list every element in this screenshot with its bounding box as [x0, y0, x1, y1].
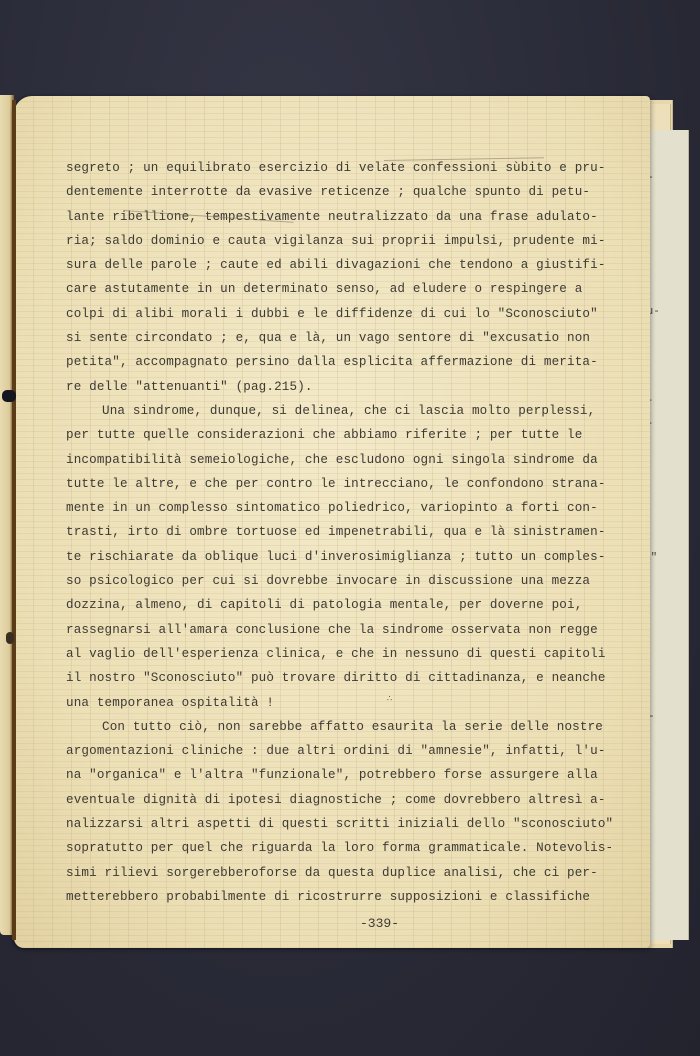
- binding-spine: [12, 100, 16, 940]
- text-line: sura delle parole ; caute ed abili divag…: [66, 253, 636, 277]
- text-line: nalizzarsi altri aspetti di questi scrit…: [66, 812, 636, 836]
- typewritten-text: segreto ; un equilibrato esercizio di ve…: [66, 156, 636, 909]
- binding-hole: [6, 632, 14, 644]
- text-line: mente in un complesso sintomatico polied…: [66, 496, 636, 520]
- text-line: metterebbero probabilmente di ricostrurr…: [66, 885, 636, 909]
- text-line: na "organica" e l'altra "funzionale", po…: [66, 763, 636, 787]
- text-line: re delle "attenuanti" (pag.215).: [66, 375, 636, 399]
- paragraph-start-line: Una sindrome, dunque, si delinea, che ci…: [66, 399, 636, 423]
- handwritten-dots-mark: ∴: [387, 694, 392, 703]
- text-line: trasti, irto di ombre tortuose ed impene…: [66, 520, 636, 544]
- scanned-document-scene: ia- o a- iu- è b- a- a" - segreto ; un e…: [0, 0, 700, 1056]
- text-line: al vaglio dell'esperienza clinica, e che…: [66, 642, 636, 666]
- text-line: segreto ; un equilibrato esercizio di ve…: [66, 156, 636, 180]
- paragraph-start-line: Con tutto ciò, non sarebbe affatto esaur…: [66, 715, 636, 739]
- manuscript-page: segreto ; un equilibrato esercizio di ve…: [14, 96, 650, 948]
- text-line: eventuale dignità di ipotesi diagnostich…: [66, 788, 636, 812]
- text-line: lante ribellione, tempestivamente neutra…: [66, 205, 636, 229]
- page-number: -339-: [360, 916, 399, 931]
- text-line: tutte le altre, e che per contro le intr…: [66, 472, 636, 496]
- text-line: rassegnarsi all'amara conclusione che la…: [66, 618, 636, 642]
- text-line: una temporanea ospitalità !: [66, 691, 636, 715]
- page-stack-edge: [650, 130, 689, 940]
- text-line: dentemente interrotte da evasive reticen…: [66, 180, 636, 204]
- text-line: incompatibilità semeiologiche, che esclu…: [66, 448, 636, 472]
- text-line: argomentazioni cliniche : due altri ordi…: [66, 739, 636, 763]
- text-line: simi rilievi sorgerebberoforse da questa…: [66, 861, 636, 885]
- text-line: te rischiarate da oblique luci d'inveros…: [66, 545, 636, 569]
- text-line: so psicologico per cui si dovrebbe invoc…: [66, 569, 636, 593]
- text-line: petita", accompagnato persino dalla espl…: [66, 350, 636, 374]
- text-line: care astutamente in un determinato senso…: [66, 277, 636, 301]
- text-line: per tutte quelle considerazioni che abbi…: [66, 423, 636, 447]
- text-line: ria; saldo dominio e cauta vigilanza sui…: [66, 229, 636, 253]
- text-line: sopratutto per quel che riguarda la loro…: [66, 836, 636, 860]
- text-line: si sente circondato ; e, qua e là, un va…: [66, 326, 636, 350]
- text-line: colpi di alibi morali i dubbi e le diffi…: [66, 302, 636, 326]
- text-line: dozzina, almeno, di capitoli di patologi…: [66, 593, 636, 617]
- text-line: il nostro "Sconosciuto" può trovare diri…: [66, 666, 636, 690]
- binding-ring: [2, 390, 16, 402]
